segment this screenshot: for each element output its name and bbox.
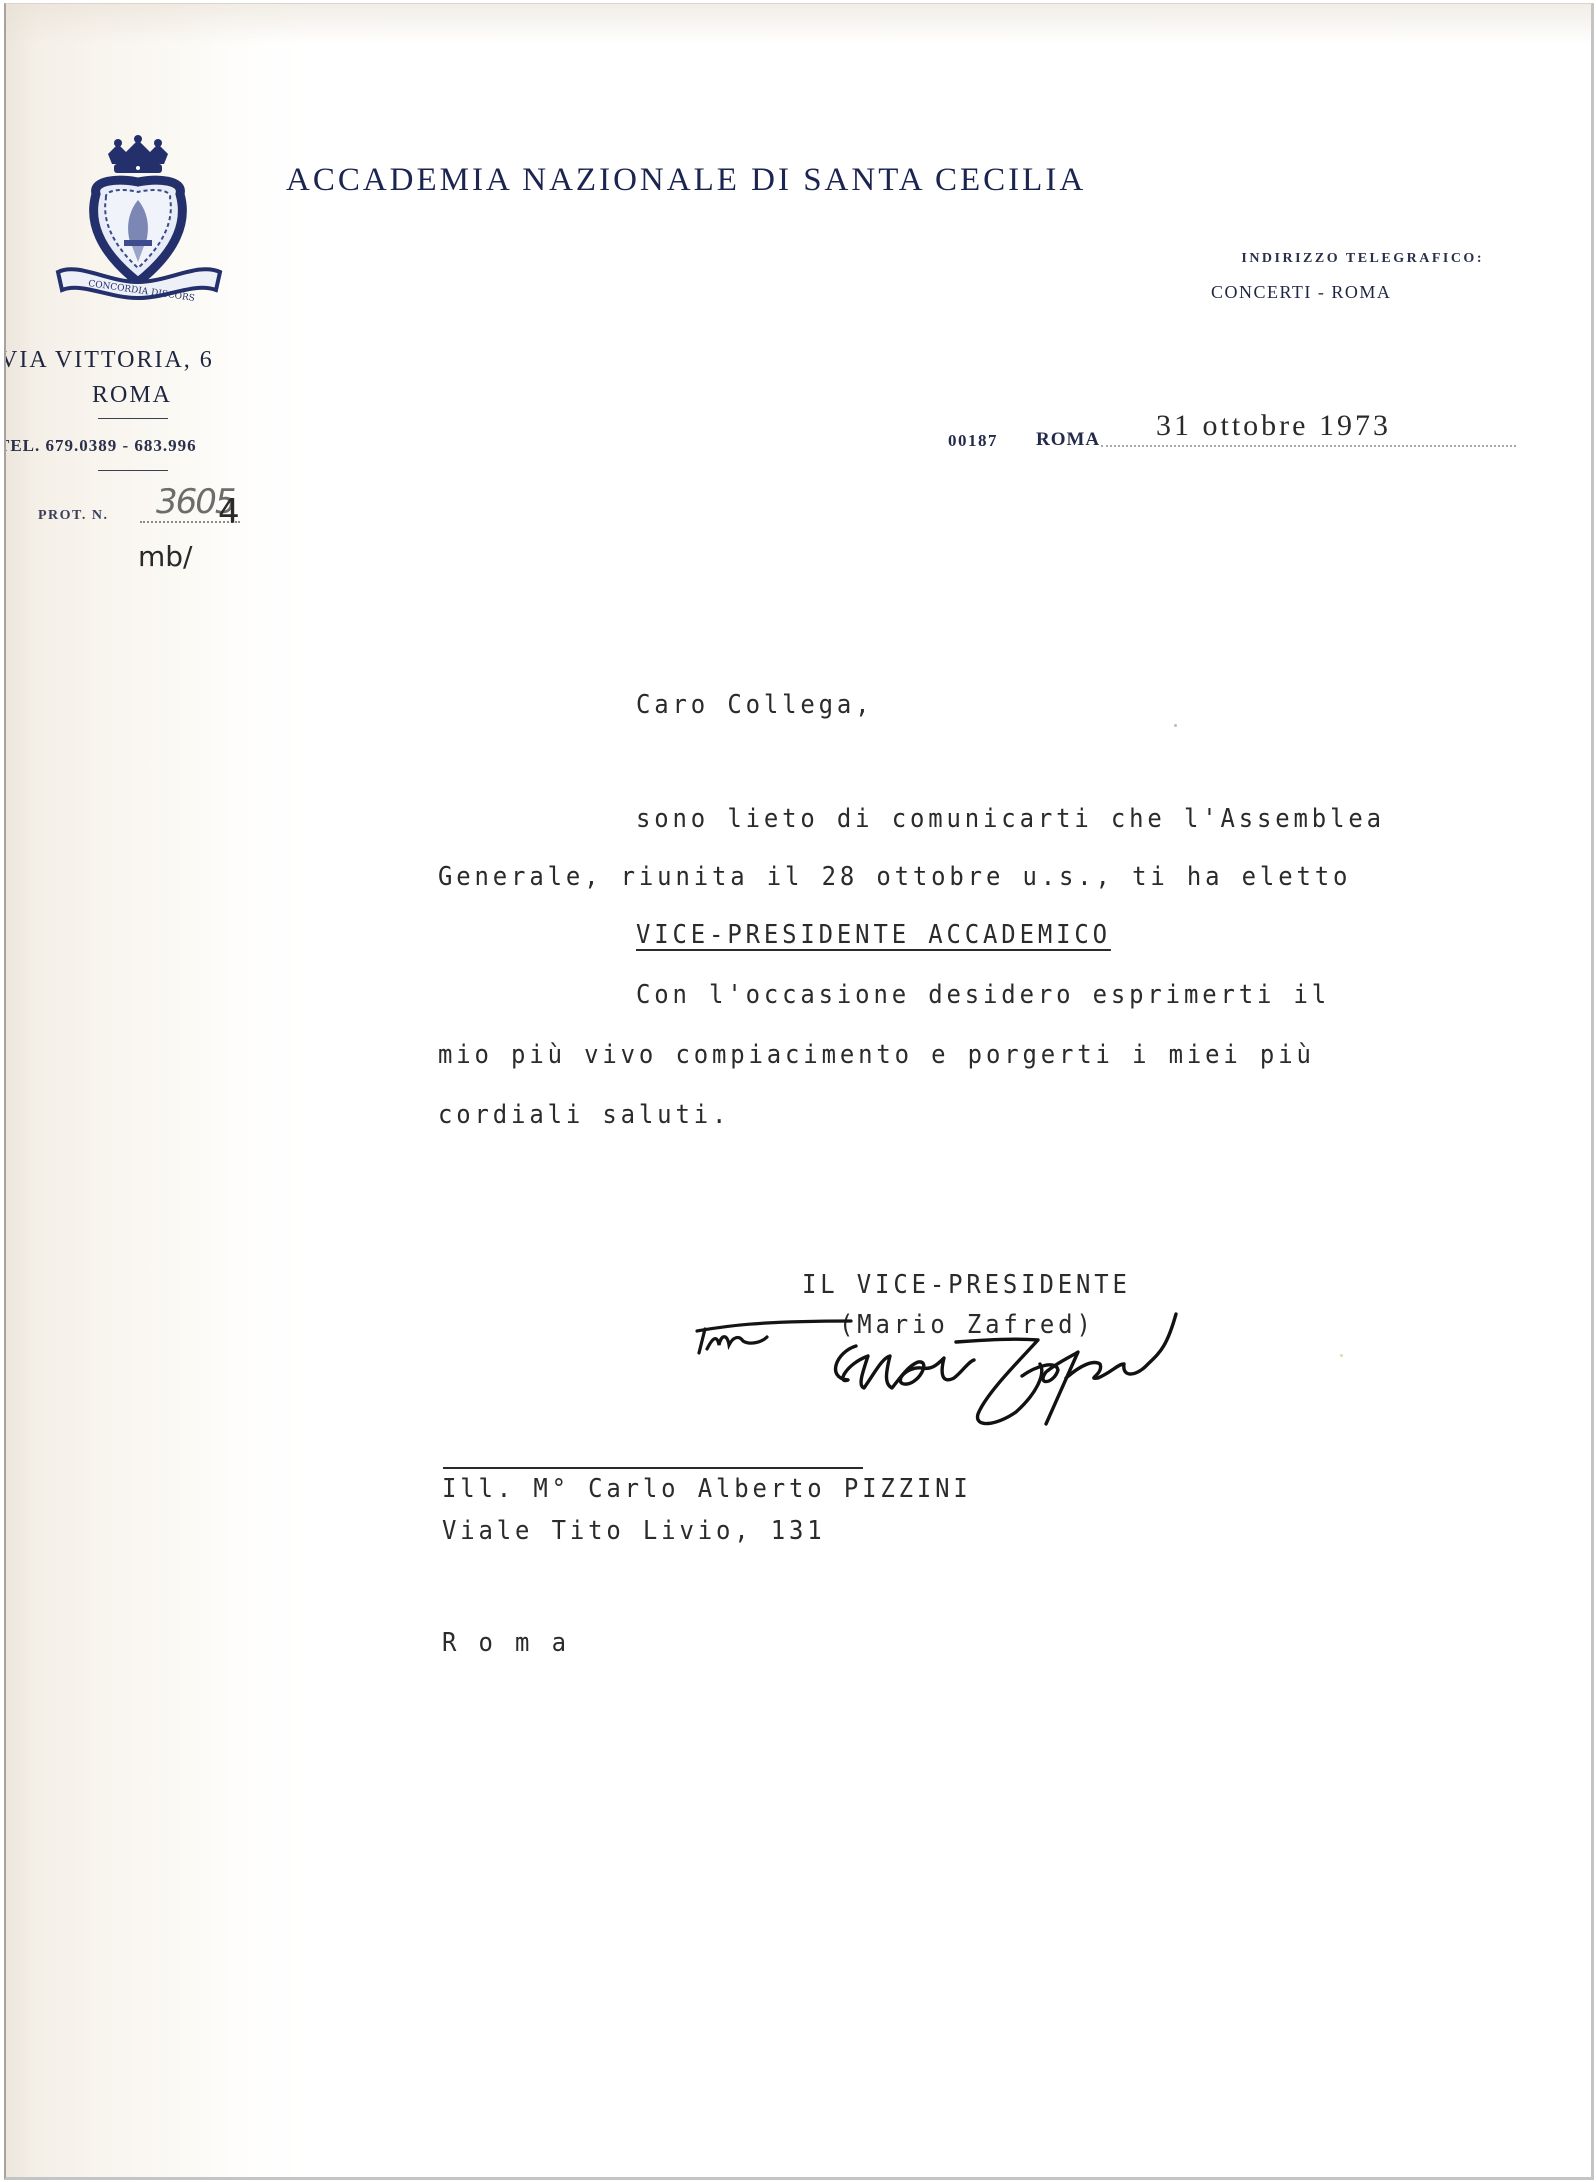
date-postal-code: 00187 bbox=[948, 431, 998, 451]
body-line: cordiali saluti. bbox=[438, 1100, 730, 1130]
body-line: Con l'occasione desidero esprimerti il bbox=[636, 980, 1330, 1010]
letter-date: 31 ottobre 1973 bbox=[1156, 409, 1391, 443]
telegraph-address: CONCERTI - ROMA bbox=[1211, 282, 1391, 303]
date-dotted-line bbox=[1101, 445, 1516, 447]
divider bbox=[98, 418, 168, 419]
divider bbox=[98, 470, 168, 471]
institution-street: VIA VITTORIA, 6 bbox=[4, 347, 214, 374]
protocol-correction: 4 bbox=[218, 492, 240, 532]
salutation: Caro Collega, bbox=[636, 690, 873, 720]
handwritten-signature-icon bbox=[686, 1294, 1206, 1444]
institution-city: ROMA bbox=[92, 382, 172, 409]
elected-title: VICE-PRESIDENTE ACCADEMICO bbox=[636, 920, 1111, 950]
paper-speck bbox=[1174, 724, 1177, 727]
date-city: ROMA bbox=[1036, 429, 1100, 451]
body-line: Generale, riunita il 28 ottobre u.s., ti… bbox=[438, 862, 1351, 892]
protocol-label: PROT. N. bbox=[38, 508, 108, 524]
institution-telephone: TEL. 679.0389 - 683.996 bbox=[4, 436, 197, 456]
body-line: sono lieto di comunicarti che l'Assemble… bbox=[636, 804, 1385, 834]
academy-crest-icon: CONCORDIA DISCORS bbox=[48, 132, 228, 307]
paper-speck bbox=[1340, 1354, 1343, 1357]
recipient-city: R o m a bbox=[442, 1628, 570, 1658]
recipient-rule bbox=[443, 1467, 863, 1469]
telegraph-address-label: INDIRIZZO TELEGRAFICO: bbox=[1241, 251, 1484, 267]
recipient-street: Viale Tito Livio, 131 bbox=[442, 1516, 826, 1546]
body-line: mio più vivo compiacimento e porgerti i … bbox=[438, 1040, 1315, 1070]
letter-page: CONCORDIA DISCORS ACCADEMIA NAZIONALE DI… bbox=[4, 3, 1594, 2180]
recipient-name: Ill. M° Carlo Alberto PIZZINI bbox=[442, 1474, 972, 1504]
typist-initials: mb/ bbox=[138, 540, 192, 573]
institution-name: ACCADEMIA NAZIONALE DI SANTA CECILIA bbox=[286, 162, 1086, 199]
